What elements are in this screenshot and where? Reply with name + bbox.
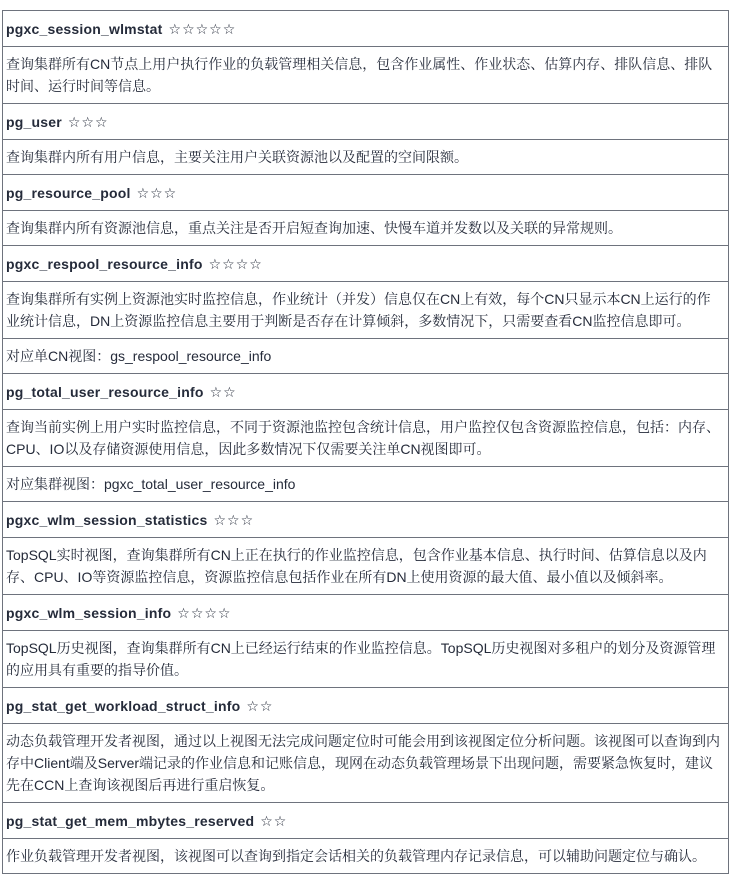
view-name-row: pg_total_user_resource_info☆☆: [3, 374, 729, 410]
view-name: pgxc_session_wlmstat: [6, 21, 163, 37]
view-description-row: TopSQL历史视图，查询集群所有CN上已经运行结束的作业监控信息。TopSQL…: [3, 631, 729, 688]
view-description: 作业负载管理开发者视图，该视图可以查询到指定会话相关的负载管理内存记录信息，可以…: [6, 848, 706, 864]
view-description-row: 查询集群所有实例上资源池实时监控信息，作业统计（并发）信息仅在CN上有效，每个C…: [3, 282, 729, 339]
view-rating-stars: ☆☆☆: [68, 114, 109, 130]
view-description: 动态负载管理开发者视图，通过以上视图无法完成问题定位时可能会用到该视图定位分析问…: [6, 733, 720, 793]
view-description-row: 查询当前实例上用户实时监控信息，不同于资源池监控包含统计信息，用户监控仅包含资源…: [3, 410, 729, 467]
view-name-row: pg_resource_pool☆☆☆: [3, 175, 729, 211]
view-cn-mapping: 对应单CN视图：gs_respool_resource_info: [6, 348, 271, 364]
view-name: pgxc_wlm_session_statistics: [6, 512, 208, 528]
view-description: 查询集群所有实例上资源池实时监控信息，作业统计（并发）信息仅在CN上有效，每个C…: [6, 291, 711, 329]
view-description: 查询集群内所有用户信息，主要关注用户关联资源池以及配置的空间限额。: [6, 149, 468, 165]
workload-views-table: pgxc_session_wlmstat☆☆☆☆☆ 查询集群所有CN节点上用户执…: [2, 10, 729, 874]
view-cn-mapping-row: 对应单CN视图：gs_respool_resource_info: [3, 339, 729, 374]
view-description-row: TopSQL实时视图，查询集群所有CN上正在执行的作业监控信息，包含作业基本信息…: [3, 538, 729, 595]
view-description-row: 作业负载管理开发者视图，该视图可以查询到指定会话相关的负载管理内存记录信息，可以…: [3, 839, 729, 874]
view-description-row: 查询集群内所有用户信息，主要关注用户关联资源池以及配置的空间限额。: [3, 140, 729, 175]
view-description-row: 查询集群所有CN节点上用户执行作业的负载管理相关信息，包含作业属性、作业状态、估…: [3, 47, 729, 104]
view-name: pg_user: [6, 114, 62, 130]
view-description: 查询集群所有CN节点上用户执行作业的负载管理相关信息，包含作业属性、作业状态、估…: [6, 56, 712, 94]
view-name: pgxc_wlm_session_info: [6, 605, 171, 621]
view-name: pgxc_respool_resource_info: [6, 256, 203, 272]
view-name-row: pgxc_wlm_session_info☆☆☆☆: [3, 595, 729, 631]
view-name-row: pg_stat_get_mem_mbytes_reserved☆☆: [3, 803, 729, 839]
view-rating-stars: ☆☆: [210, 384, 237, 400]
view-rating-stars: ☆☆: [260, 813, 287, 829]
view-name-row: pgxc_respool_resource_info☆☆☆☆: [3, 246, 729, 282]
view-description-row: 查询集群内所有资源池信息，重点关注是否开启短查询加速、快慢车道并发数以及关联的异…: [3, 211, 729, 246]
view-description: TopSQL实时视图，查询集群所有CN上正在执行的作业监控信息，包含作业基本信息…: [6, 547, 707, 585]
view-cluster-mapping: 对应集群视图：pgxc_total_user_resource_info: [6, 476, 295, 492]
view-description-row: 动态负载管理开发者视图，通过以上视图无法完成问题定位时可能会用到该视图定位分析问…: [3, 724, 729, 803]
view-rating-stars: ☆☆: [246, 698, 273, 714]
view-name: pg_stat_get_workload_struct_info: [6, 698, 240, 714]
view-rating-stars: ☆☆☆☆: [177, 605, 231, 621]
view-name: pg_resource_pool: [6, 185, 131, 201]
view-cluster-mapping-row: 对应集群视图：pgxc_total_user_resource_info: [3, 467, 729, 502]
view-rating-stars: ☆☆☆☆☆: [169, 21, 237, 37]
view-name: pg_total_user_resource_info: [6, 384, 204, 400]
view-rating-stars: ☆☆☆: [137, 185, 178, 201]
view-description: TopSQL历史视图，查询集群所有CN上已经运行结束的作业监控信息。TopSQL…: [6, 640, 715, 678]
view-name-row: pg_user☆☆☆: [3, 104, 729, 140]
view-name: pg_stat_get_mem_mbytes_reserved: [6, 813, 254, 829]
view-name-row: pgxc_wlm_session_statistics☆☆☆: [3, 502, 729, 538]
view-name-row: pg_stat_get_workload_struct_info☆☆: [3, 688, 729, 724]
view-name-row: pgxc_session_wlmstat☆☆☆☆☆: [3, 11, 729, 47]
view-rating-stars: ☆☆☆☆: [209, 256, 263, 272]
view-rating-stars: ☆☆☆: [214, 512, 255, 528]
view-description: 查询集群内所有资源池信息，重点关注是否开启短查询加速、快慢车道并发数以及关联的异…: [6, 220, 622, 236]
view-description: 查询当前实例上用户实时监控信息，不同于资源池监控包含统计信息，用户监控仅包含资源…: [6, 419, 720, 457]
